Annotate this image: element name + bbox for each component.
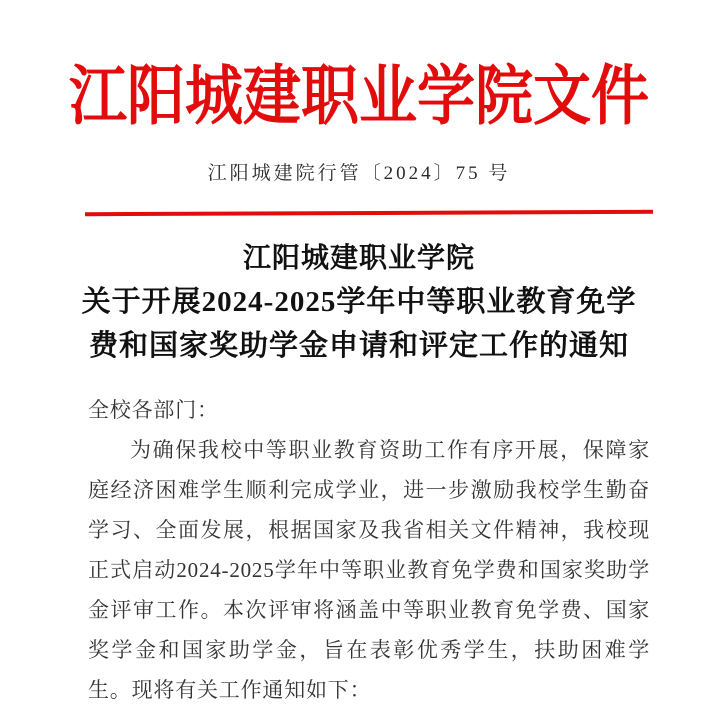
red-separator-rule xyxy=(85,210,653,216)
document-masthead: 江阳城建职业学院文件 xyxy=(0,36,718,157)
salutation-line: 全校各部门： xyxy=(88,390,650,430)
document-title-line-1: 江阳城建职业学院 xyxy=(40,237,678,280)
document-number: 江阳城建院行管〔2024〕75 号 xyxy=(0,158,718,185)
official-document-page: 江阳城建职业学院文件 江阳城建院行管〔2024〕75 号 江阳城建职业学院 关于… xyxy=(0,0,718,726)
document-title-line-2: 关于开展2024-2025学年中等职业教育免学 xyxy=(40,280,678,324)
body-paragraph: 为确保我校中等职业教育资助工作有序开展，保障家庭经济困难学生顺利完成学业，进一步… xyxy=(88,430,650,710)
document-title-line-3: 费和国家奖助学金申请和评定工作的通知 xyxy=(40,324,678,368)
document-body: 全校各部门： 为确保我校中等职业教育资助工作有序开展，保障家庭经济困难学生顺利完… xyxy=(88,390,650,710)
document-title: 江阳城建职业学院 关于开展2024-2025学年中等职业教育免学 费和国家奖助学… xyxy=(40,237,678,368)
